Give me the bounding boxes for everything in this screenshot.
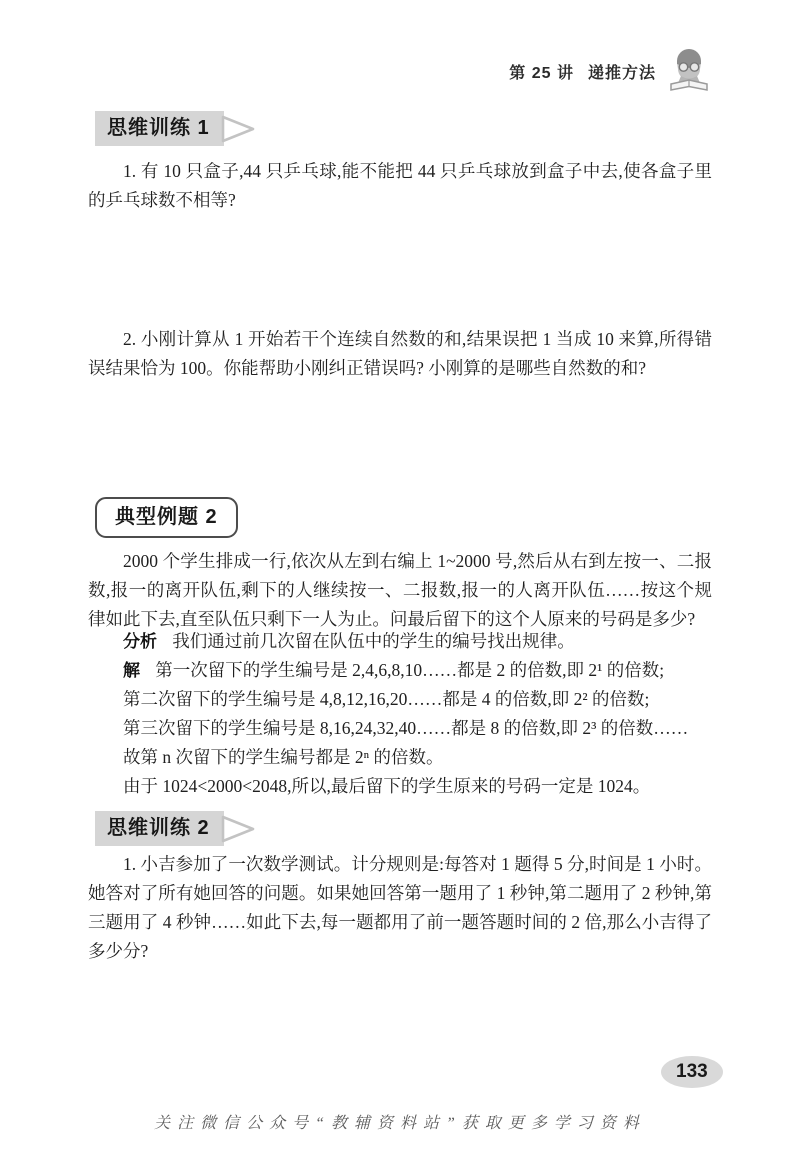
solution-label: 解: [123, 661, 140, 680]
training2-problem-1: 1. 小吉参加了一次数学测试。计分规则是:每答对 1 题得 5 分,时间是 1 …: [88, 850, 712, 966]
page-number-badge: 133: [661, 1056, 723, 1088]
training1-problem-2: 2. 小刚计算从 1 开始若干个连续自然数的和,结果误把 1 当成 10 来算,…: [88, 325, 712, 383]
badge-arrow-icon: [221, 112, 259, 146]
solution-line: 第二次留下的学生编号是 4,8,12,16,20……都是 4 的倍数,即 2² …: [88, 685, 712, 714]
analysis-line: 分析我们通过前几次留在队伍中的学生的编号找出规律。: [88, 627, 712, 656]
solution-line: 第三次留下的学生编号是 8,16,24,32,40……都是 8 的倍数,即 2³…: [88, 714, 712, 743]
chapter-number: 第 25 讲: [509, 60, 574, 83]
reading-child-icon: [664, 46, 714, 96]
section-badge-training-2: 思维训练 2: [95, 811, 259, 846]
example2-problem: 2000 个学生排成一行,依次从左到右编上 1~2000 号,然后从右到左按一、…: [88, 547, 712, 634]
chapter-title: 递推方法: [588, 60, 656, 83]
section-badge-label: 思维训练 1: [95, 111, 224, 146]
section-badge-training-1: 思维训练 1: [95, 111, 259, 146]
training1-problem-1: 1. 有 10 只盒子,44 只乒乓球,能不能把 44 只乒乓球放到盒子中去,使…: [88, 157, 712, 215]
analysis-text: 我们通过前几次留在队伍中的学生的编号找出规律。: [172, 631, 575, 651]
chapter-heading: 第 25 讲 递推方法: [509, 60, 656, 83]
analysis-label: 分析: [123, 632, 157, 651]
badge-arrow-icon: [221, 812, 259, 846]
solution-line: 解第一次留下的学生编号是 2,4,6,8,10……都是 2 的倍数,即 2¹ 的…: [88, 656, 712, 685]
book-page: 第 25 讲 递推方法 思维训练 1 1. 有 10 只盒子,44 只乒乓球,能…: [0, 0, 800, 1151]
page-header: 第 25 讲 递推方法: [0, 46, 714, 96]
solution-line: 由于 1024<2000<2048,所以,最后留下的学生原来的号码一定是 102…: [88, 772, 712, 801]
solution-text: 第一次留下的学生编号是 2,4,6,8,10……都是 2 的倍数,即 2¹ 的倍…: [155, 660, 664, 680]
section-badge-example-2: 典型例题 2: [95, 497, 238, 538]
example2-solution: 分析我们通过前几次留在队伍中的学生的编号找出规律。 解第一次留下的学生编号是 2…: [88, 627, 712, 801]
solution-line: 故第 n 次留下的学生编号都是 2ⁿ 的倍数。: [88, 743, 712, 772]
section-badge-label: 思维训练 2: [95, 811, 224, 846]
footer-watermark: 关注微信公众号“教辅资料站”获取更多学习资料: [0, 1110, 800, 1133]
